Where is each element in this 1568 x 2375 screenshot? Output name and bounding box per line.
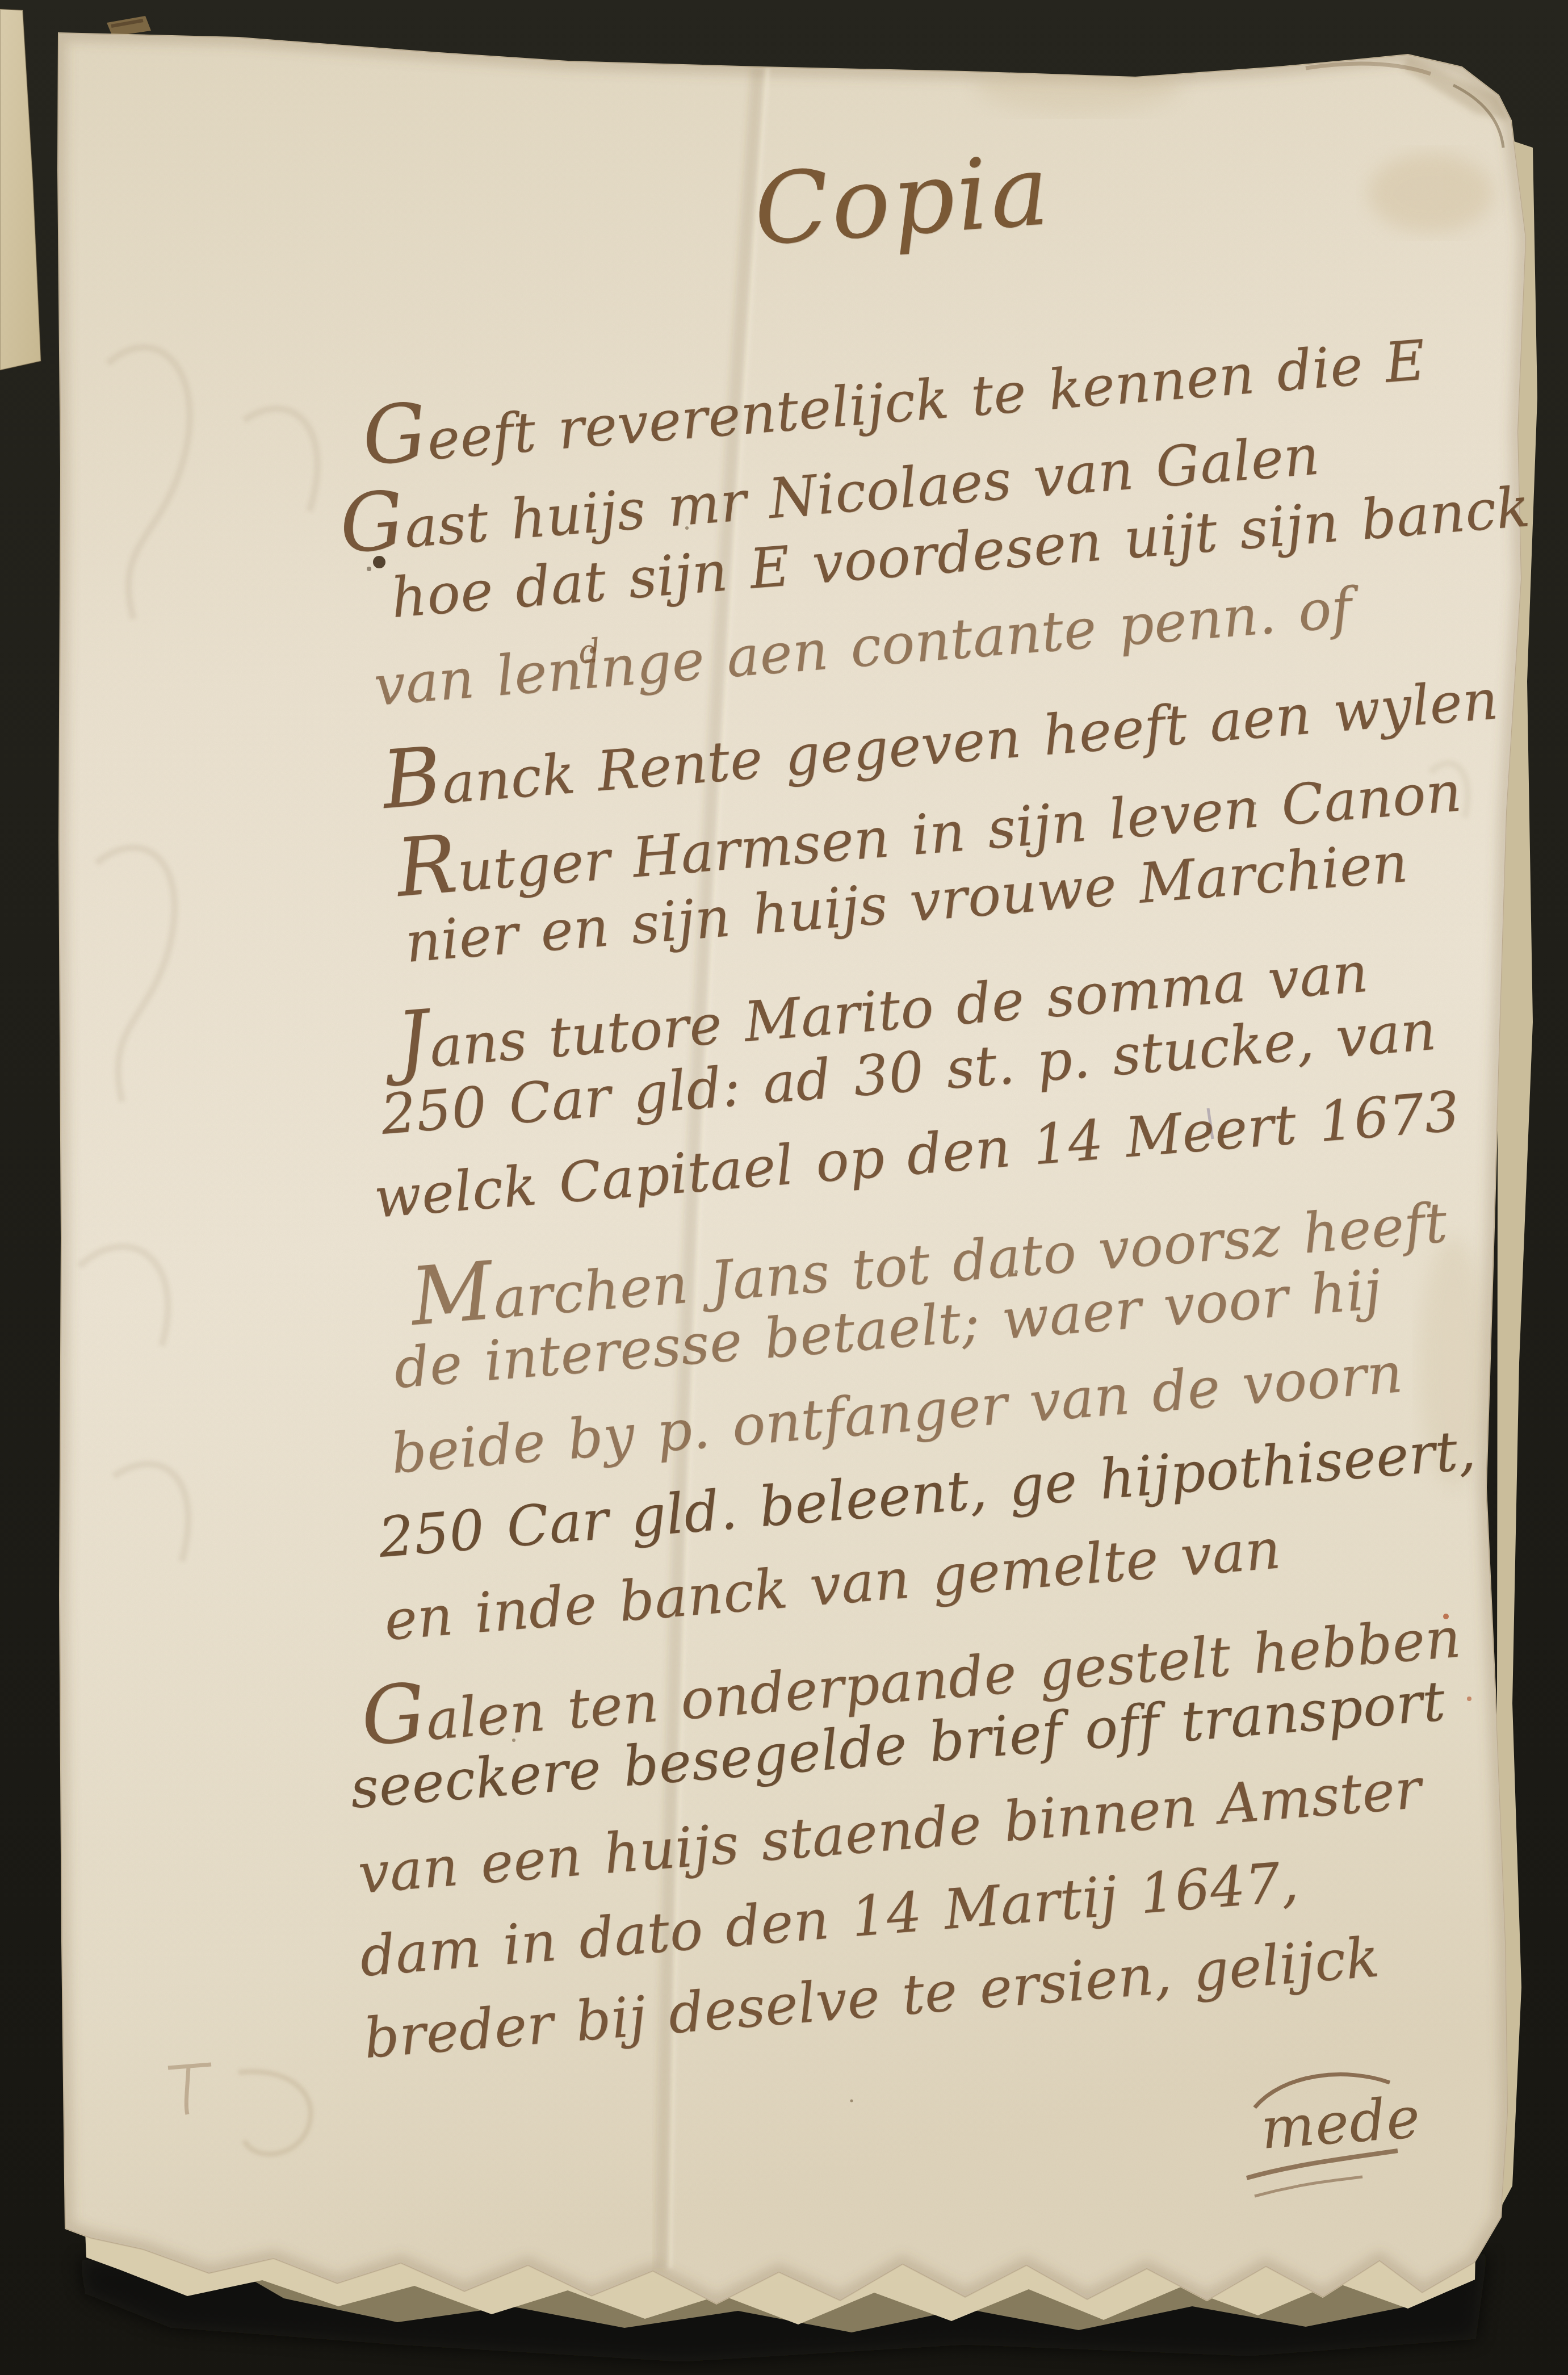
catchword: mede	[1259, 2089, 1423, 2158]
page-title: Copia	[751, 141, 1054, 259]
interline-insertion-mark: d	[578, 634, 602, 668]
manuscript-scan: Copia Geeft reverentelijck te kennen die…	[0, 0, 1568, 2375]
handwriting-layer: Copia Geeft reverentelijck te kennen die…	[0, 0, 1568, 2375]
